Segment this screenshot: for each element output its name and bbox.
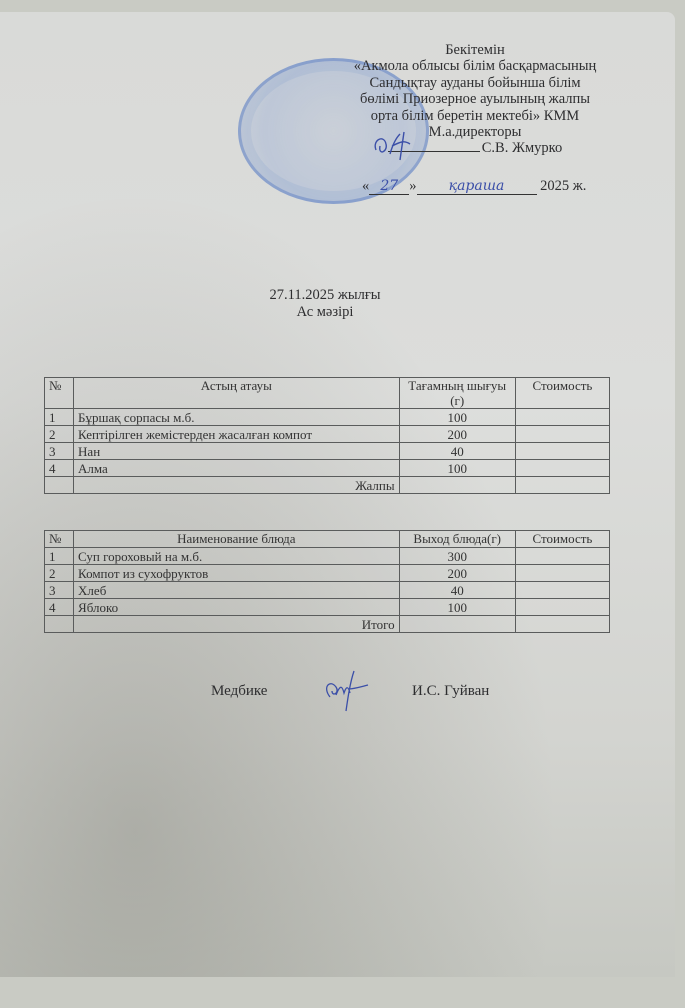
col-cost: Стоимость — [515, 531, 609, 548]
col-cost: Стоимость — [515, 378, 609, 409]
table-row: 2 Компот из сухофруктов 200 — [45, 565, 610, 582]
col-output: Выход блюда(г) — [399, 531, 515, 548]
total-label: Итого — [74, 616, 400, 633]
col-dish-name: Наименование блюда — [74, 531, 400, 548]
table-header-row: № Наименование блюда Выход блюда(г) Стои… — [45, 531, 610, 548]
menu-table-russian: № Наименование блюда Выход блюда(г) Стои… — [44, 530, 610, 633]
table-row: 4 Алма 100 — [45, 460, 610, 477]
approval-line: орта білім беретін мектебі» КММ — [330, 108, 620, 124]
table-row: 3 Хлеб 40 — [45, 582, 610, 599]
table-row: 4 Яблоко 100 — [45, 599, 610, 616]
approval-date: «27»қараша 2025 ж. — [362, 178, 586, 195]
table-total-row: Жалпы — [45, 477, 610, 494]
menu-table-kazakh: № Астың атауы Тағамның шығуы (г) Стоимос… — [44, 377, 610, 494]
approval-line: бөлімі Приозерное ауылының жалпы — [330, 91, 620, 107]
table-row: 1 Суп гороховый на м.б. 300 — [45, 548, 610, 565]
col-dish-name: Астың атауы — [74, 378, 400, 409]
approval-line: Сандықтау ауданы бойынша білім — [330, 75, 620, 91]
table-row: 2 Кептірілген жемістерден жасалған компо… — [45, 426, 610, 443]
director-signature — [370, 130, 420, 162]
menu-date: 27.11.2025 жылғы — [200, 287, 450, 304]
menu-subtitle: Ас мәзірі — [200, 304, 450, 321]
approval-line: Бекітемін — [330, 42, 620, 58]
table-header-row: № Астың атауы Тағамның шығуы (г) Стоимос… — [45, 378, 610, 409]
table-total-row: Итого — [45, 616, 610, 633]
col-number: № — [45, 531, 74, 548]
col-output: Тағамның шығуы (г) — [399, 378, 515, 409]
signatory-name: С.В. Жмурко — [482, 140, 562, 156]
date-year: 2025 ж. — [540, 178, 586, 194]
col-number: № — [45, 378, 74, 409]
nurse-signature — [320, 667, 370, 713]
table-row: 3 Нан 40 — [45, 443, 610, 460]
total-label: Жалпы — [74, 477, 400, 494]
menu-title: 27.11.2025 жылғы Ас мәзірі — [200, 287, 450, 321]
table-row: 1 Бұршақ сорпасы м.б. 100 — [45, 409, 610, 426]
date-month: қараша — [417, 178, 537, 195]
nurse-name: И.С. Гуйван — [412, 683, 489, 700]
approval-line: «Акмола облысы білім басқармасының — [330, 58, 620, 74]
nurse-role: Медбике — [211, 683, 267, 700]
date-day: 27 — [369, 178, 409, 195]
